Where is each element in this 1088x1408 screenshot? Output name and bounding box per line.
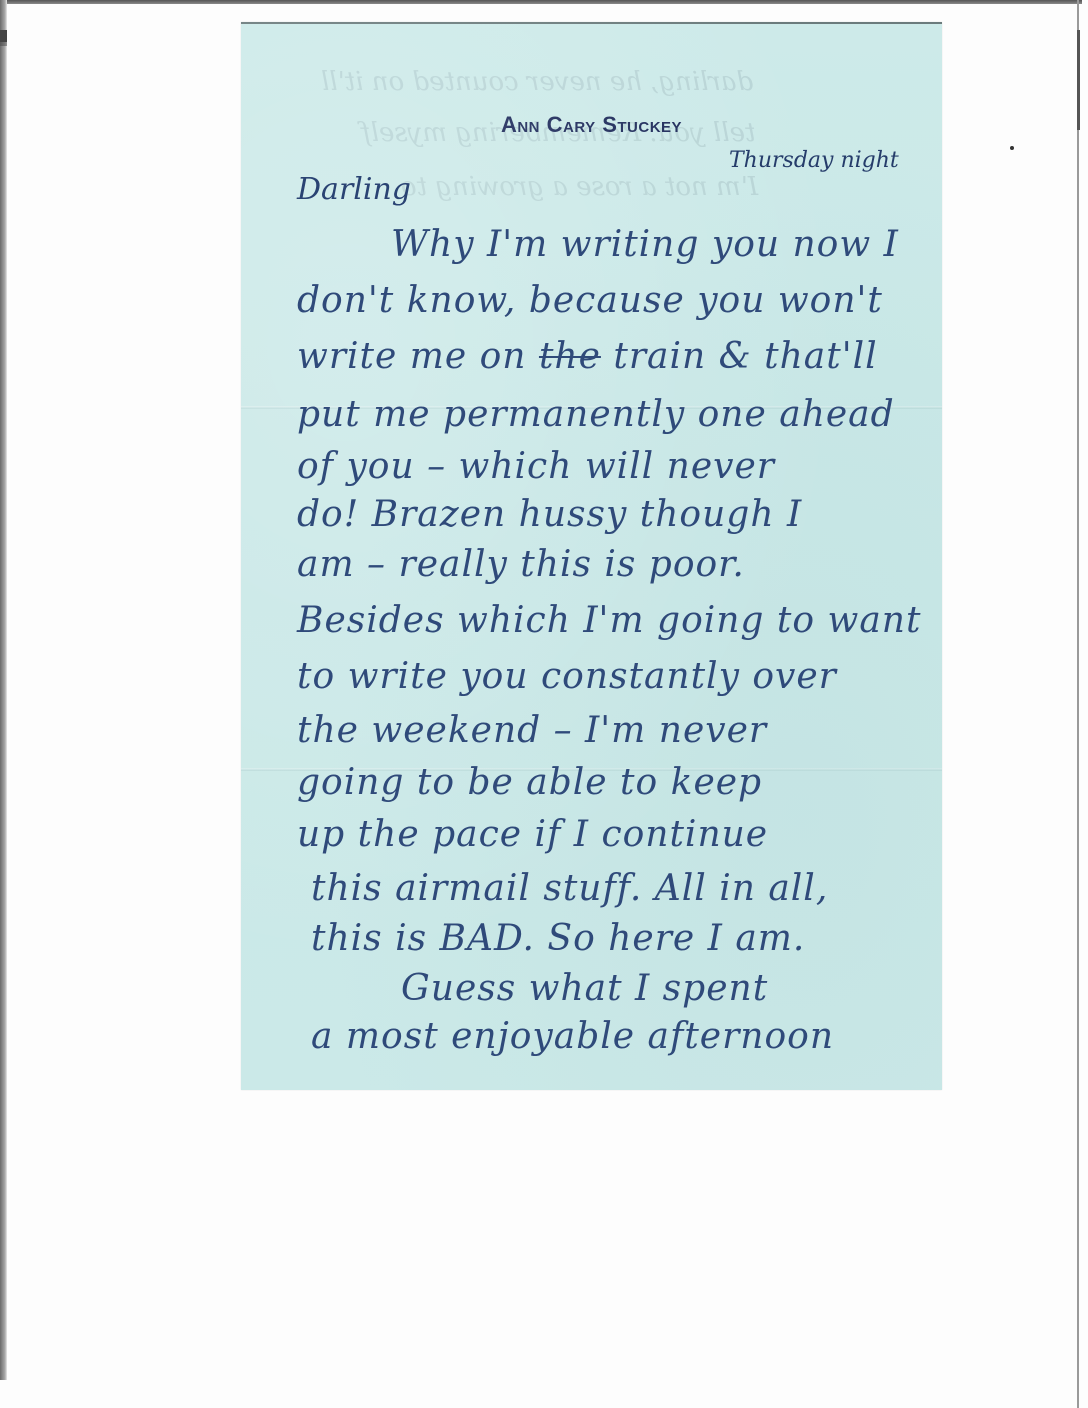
body-line: a most enjoyable afternoon (311, 1016, 834, 1057)
scanner-right-edge (1077, 0, 1079, 1408)
body-line: am – really this is poor. (297, 544, 745, 585)
salutation: Darling (297, 172, 411, 207)
body-line: the weekend – I'm never (297, 710, 767, 751)
letter-date: Thursday night (729, 148, 899, 173)
body-line: this is BAD. So here I am. (311, 918, 805, 959)
body-line: going to be able to keep (297, 762, 762, 803)
body-line: don't know, because you won't (297, 280, 883, 321)
struck-word: the (539, 336, 601, 377)
letterhead: Ann Cary Stuckey (241, 112, 942, 138)
body-text: write me on the train & that'll (297, 336, 878, 377)
scanner-left-edge (0, 0, 7, 1380)
scanner-top-edge (0, 0, 1082, 4)
body-line: Besides which I'm going to want (297, 600, 921, 641)
scanned-page: darling, he never counted on it'll tell … (0, 0, 1088, 1408)
scanner-right-edge-shadow (1077, 30, 1080, 130)
body-line: of you – which will never (297, 446, 775, 487)
show-through-text: I'm not a rose a growing to (401, 172, 758, 202)
body-line: put me permanently one ahead (297, 394, 895, 435)
dust-speck (1010, 146, 1014, 150)
body-line: write me on the train & that'll (297, 336, 878, 377)
body-line: this airmail stuff. All in all, (311, 868, 828, 909)
body-line: Guess what I spent (401, 968, 768, 1009)
letter-paper: darling, he never counted on it'll tell … (241, 22, 942, 1090)
body-line: up the pace if I continue (297, 814, 768, 855)
show-through-text: darling, he never counted on it'll (321, 67, 753, 97)
body-line: to write you constantly over (297, 656, 837, 697)
body-line: Why I'm writing you now I (391, 224, 899, 265)
body-line: do! Brazen hussy though I (297, 494, 802, 535)
